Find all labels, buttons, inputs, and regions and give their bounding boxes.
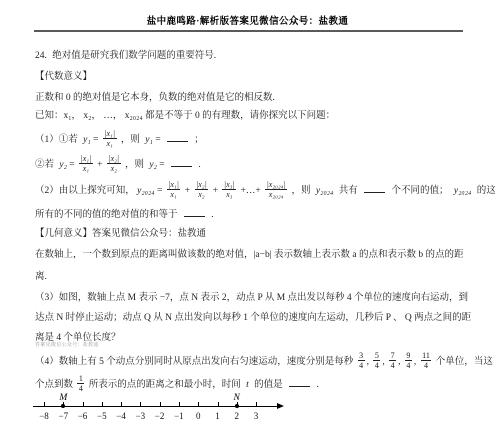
tick-label: 3 bbox=[245, 411, 267, 421]
q2-prefix: （2）由以上探究可知， bbox=[35, 186, 135, 196]
tick-mark bbox=[218, 402, 219, 407]
number-line-figure: −8 −7 −6 −5 −4 −3 −2 −1 0 1 2 3 M N bbox=[33, 392, 295, 424]
fraction-11-4: 114 bbox=[421, 351, 432, 370]
problem-number: 24. bbox=[35, 51, 47, 61]
q4-line2-mid2: 的值是 bbox=[254, 380, 283, 390]
q2-line2-text: 所有的不同的值的绝对值的和等于 bbox=[35, 210, 178, 220]
tick-mark bbox=[121, 402, 122, 407]
q1-2-var-y2b: y₂ bbox=[149, 160, 157, 170]
question-4-line1: （4）数轴上有 5 个动点分别同时从原点出发向右匀速运动，速度分别是每秒 34,… bbox=[35, 351, 456, 373]
equals-sign: = bbox=[155, 135, 160, 145]
q2-var-y2024c: y₂₀₂₄ bbox=[454, 186, 471, 196]
section-algebra-heading: 【代数意义】 bbox=[35, 71, 456, 83]
q2-line2-end: . bbox=[211, 210, 213, 220]
question-2-line2: 所有的不同的值的绝对值的和等于 . bbox=[35, 208, 456, 221]
section-geometry-heading: 【几何意义】答案见微信公众号：盐教通 bbox=[35, 228, 456, 240]
q1-1-end: ； bbox=[194, 135, 204, 145]
q2-var-y2024: y₂₀₂₄ bbox=[137, 186, 154, 196]
problem-statement: 24. 绝对值是研究我们数学问题的重要符号. bbox=[35, 50, 456, 62]
fraction-5-4: 54 bbox=[373, 351, 380, 370]
known-conditions-text: 已知：x₁， x₂， …， x₂₀₂₄ 都是不等于 0 的有理数，请你探究以下问… bbox=[35, 110, 456, 122]
tick-mark bbox=[160, 402, 161, 407]
fraction-absx2-x2: |x₂|x₂ bbox=[107, 154, 121, 173]
q1-2-end: . bbox=[198, 160, 200, 170]
q4-prefix: （4）数轴上有 5 个动点分别同时从原点出发向右匀速运动，速度分别是每秒 bbox=[35, 357, 353, 367]
fraction-absx1-x1: |x₁|x₁ bbox=[167, 180, 181, 199]
answer-blank bbox=[364, 184, 385, 193]
tick-mark bbox=[140, 402, 141, 407]
question-3-line2: 达点 N 时停止运动；动点 Q 从 N 点出发向以每秒 1 个单位的速度向左运动… bbox=[35, 312, 456, 324]
question-2: （2）由以上探究可知， y₂₀₂₄ = |x₁|x₁ + |x₂|x₂ + |x… bbox=[35, 180, 456, 202]
fraction-7-4: 74 bbox=[389, 351, 396, 370]
q2-tail: 的这些 bbox=[477, 186, 495, 196]
answer-blank bbox=[167, 133, 188, 142]
comma: , bbox=[398, 357, 400, 367]
q1-1-var-y1: y₁ bbox=[83, 135, 91, 145]
question-3-line1: （3）如图，数轴上点 M 表示 −7，点 N 表示 2，动点 P 从 M 点出发… bbox=[35, 292, 456, 304]
q2-var-y2024b: y₂₀₂₄ bbox=[316, 186, 333, 196]
answer-blank bbox=[184, 208, 205, 217]
fraction-absx1-x1: |x₁|x₁ bbox=[79, 154, 93, 173]
q1-2-var-y2: y₂ bbox=[59, 160, 67, 170]
equals-sign: = bbox=[157, 186, 162, 196]
tick-mark bbox=[198, 402, 199, 407]
fraction-absx2024-x2024: |x₂₀₂₄|x₂₀₂₄ bbox=[265, 180, 287, 199]
point-n-dot bbox=[235, 404, 239, 408]
q2-mid2: 个不同的值； bbox=[392, 186, 449, 196]
tick-mark bbox=[44, 402, 45, 407]
tick-mark bbox=[179, 402, 180, 407]
comma: , bbox=[414, 357, 416, 367]
point-m-dot bbox=[61, 404, 65, 408]
q4-post: 个单位，当这 5 bbox=[436, 357, 495, 367]
equals-sign: = bbox=[159, 160, 164, 170]
header-rule bbox=[34, 30, 463, 32]
question-1-1: （1）①若 y₁ = |x₁|x₁ ，则 y₁ = ； bbox=[35, 129, 456, 151]
problem-intro-text: 绝对值是研究我们数学问题的重要符号. bbox=[52, 51, 216, 61]
q2-mid1: 共有 bbox=[339, 186, 358, 196]
q1-1-var-y1b: y₁ bbox=[145, 135, 153, 145]
ellipsis-plus: +…+ bbox=[240, 186, 260, 196]
fraction-3-4: 34 bbox=[358, 351, 365, 370]
axis-arrow-icon bbox=[277, 403, 284, 409]
answer-blank bbox=[171, 158, 192, 167]
fraction-1-4: 14 bbox=[77, 374, 84, 393]
equals-sign: = bbox=[69, 160, 74, 170]
q1-1-then: ，则 bbox=[121, 135, 140, 145]
fraction-absx1-x1: |x₁|x₁ bbox=[103, 129, 117, 148]
header-banner: 盐中鹿鸣路·解析版答案见微信公众号：盐教通 bbox=[0, 13, 495, 27]
question-1-2: ②若 y₂ = |x₁|x₁ + |x₂|x₂ ，则 y₂ = . bbox=[35, 154, 456, 176]
equals-sign: = bbox=[93, 135, 98, 145]
q4-line2-mid: 所表示的点的距离之和最小时，时间 bbox=[89, 380, 241, 390]
fraction-9-4: 94 bbox=[405, 351, 412, 370]
algebra-rule-text: 正数和 0 的绝对值是它本身，负数的绝对值是它的相反数. bbox=[35, 92, 456, 104]
geometry-definition-line2: 离. bbox=[35, 271, 456, 283]
plus-sign: + bbox=[97, 160, 102, 170]
plus-sign: + bbox=[185, 186, 190, 196]
tick-mark bbox=[83, 402, 84, 407]
point-m-label: M bbox=[55, 393, 71, 403]
point-n-label: N bbox=[229, 393, 245, 403]
geometry-definition-line1: 在数轴上，一个数到原点的距离叫做该数的绝对值，|a−b| 表示数轴上表示数 a … bbox=[35, 249, 456, 261]
comma: , bbox=[382, 357, 384, 367]
worksheet-page: 盐中鹿鸣路·解析版答案见微信公众号：盐教通 24. 绝对值是研究我们数学问题的重… bbox=[0, 0, 495, 426]
fraction-absx2-x2: |x₂|x₂ bbox=[195, 180, 209, 199]
q4-line2-end: . bbox=[316, 380, 318, 390]
q4-line2-prefix: 个点到数 bbox=[35, 380, 73, 390]
watermark-text: 答案见微信公众号：盐教通 bbox=[35, 343, 456, 349]
tick-mark bbox=[256, 402, 257, 407]
plus-sign: + bbox=[213, 186, 218, 196]
q1-1-prefix: （1）①若 bbox=[35, 135, 78, 145]
tick-mark bbox=[102, 402, 103, 407]
q1-2-then: ，则 bbox=[125, 160, 144, 170]
fraction-absx3-x3: |x₃|x₃ bbox=[222, 180, 236, 199]
answer-blank bbox=[289, 378, 310, 387]
q1-2-prefix: ②若 bbox=[35, 160, 54, 170]
q2-then: ，则 bbox=[292, 186, 311, 196]
q4-var-t: t bbox=[246, 380, 249, 390]
number-line-axis bbox=[33, 406, 277, 407]
comma: , bbox=[367, 357, 369, 367]
